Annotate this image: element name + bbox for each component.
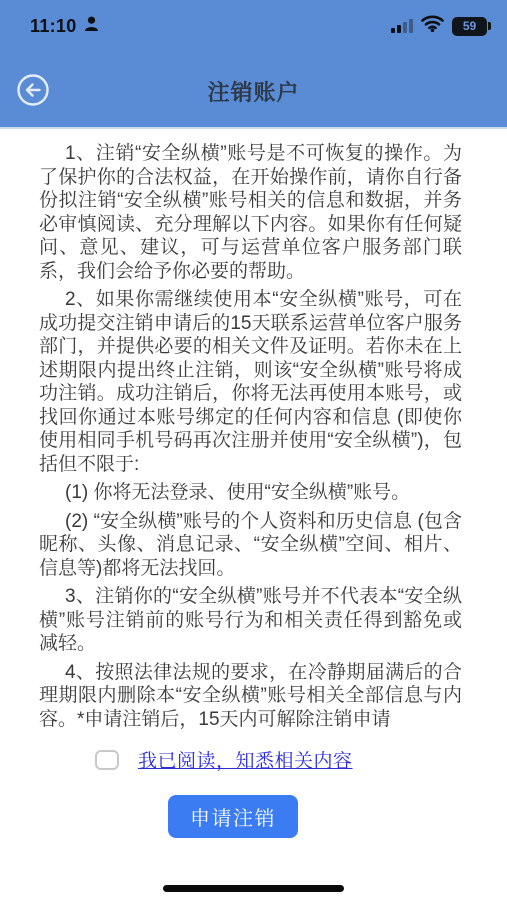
battery-icon: 59 [452,17,491,36]
status-bar-right: 59 [391,15,491,37]
clock-time: 11:10 [30,16,77,37]
battery-percent: 59 [452,17,487,36]
status-bar-left: 11:10 [30,16,99,37]
terms-paragraph-2: 2、如果你需继续使用本“安全纵横”账号，可在成功提交注销申请后的15天联系运营单… [39,288,462,476]
app-screen: 11:10 [0,0,507,900]
terms-item-2: (2) “安全纵横”账号的个人资料和历史信息 (包含昵称、头像、消息记录、“安全… [39,510,462,581]
consent-checkbox[interactable] [95,750,119,770]
terms-paragraph-1: 1、注销“安全纵横”账号是不可恢复的操作。为了保护你的合法权益，在开始操作前，请… [39,142,462,283]
page-title: 注销账户 [0,76,507,107]
status-bar: 11:10 [0,0,507,44]
header-area: 11:10 [0,0,507,129]
nav-bar: 注销账户 [0,44,507,127]
home-indicator[interactable] [163,885,344,892]
terms-text: 1、注销“安全纵横”账号是不可恢复的操作。为了保护你的合法权益，在开始操作前，请… [0,129,507,736]
person-icon [84,16,99,37]
cellular-signal-icon [391,19,413,33]
consent-link[interactable]: 我已阅读，知悉相关内容 [138,746,353,773]
wifi-icon [421,15,444,37]
battery-nub [488,22,491,30]
terms-item-1: (1) 你将无法登录、使用“安全纵横”账号。 [39,481,462,505]
consent-row: 我已阅读，知悉相关内容 [95,746,353,773]
terms-paragraph-4: 4、按照法律法规的要求，在冷静期届满后的合理期限内删除本“安全纵横”账号相关全部… [39,661,462,732]
apply-cancel-button[interactable]: 申请注销 [168,795,298,838]
terms-paragraph-3: 3、注销你的“安全纵横”账号并不代表本“安全纵横”账号注销前的账号行为和相关责任… [39,585,462,656]
